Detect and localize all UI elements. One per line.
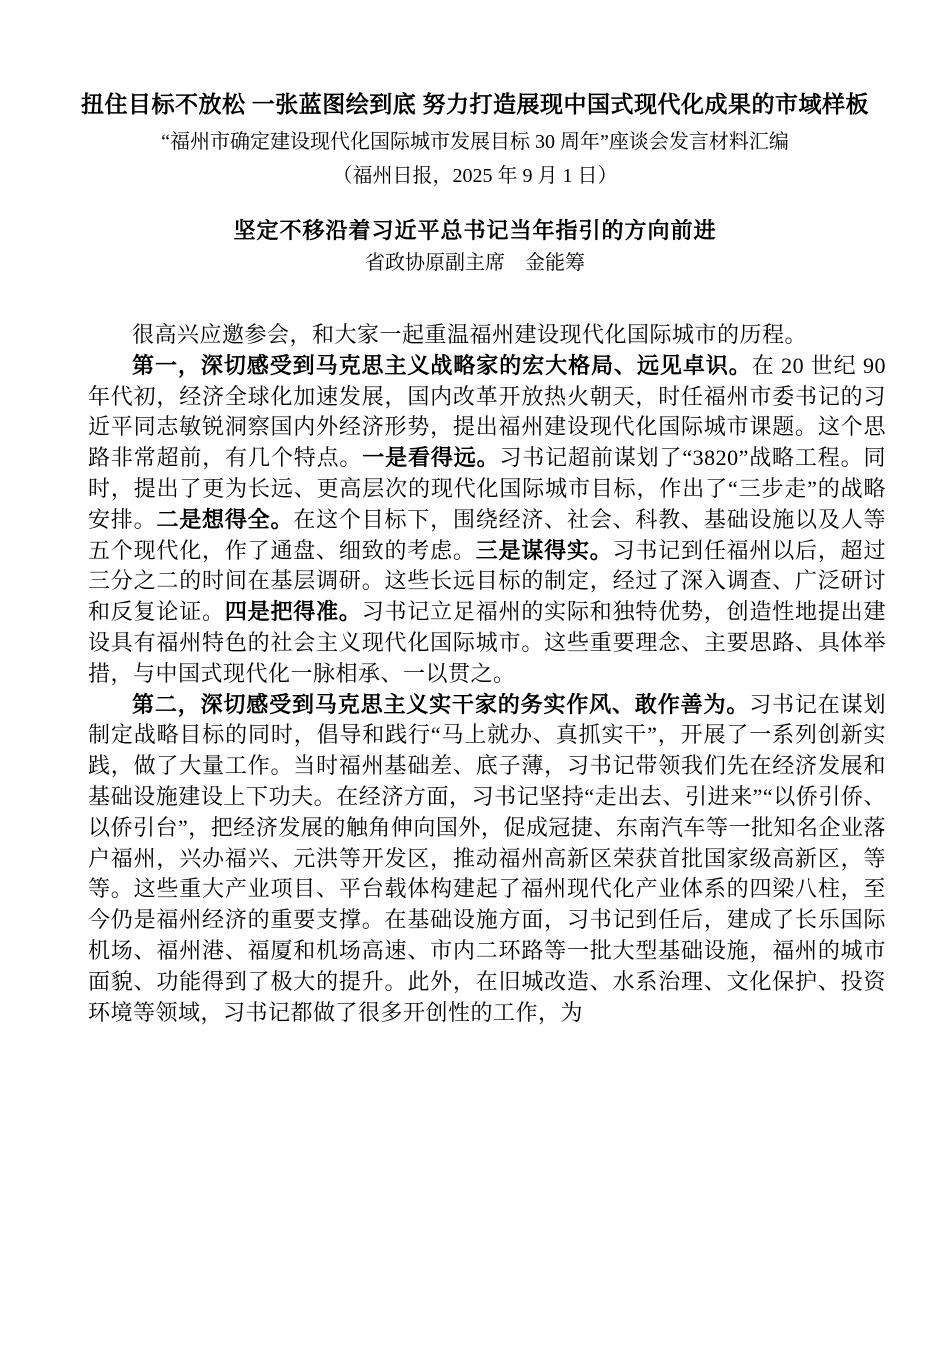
emphasis-run: 二是想得全。 xyxy=(156,507,293,532)
document-header: 扭住目标不放松 一张蓝图绘到底 努力打造展现中国式现代化成果的市域样板 “福州市… xyxy=(0,92,950,188)
article-body: 很高兴应邀参会，和大家一起重温福州建设现代化国际城市的历程。第一，深切感受到马克… xyxy=(0,320,950,1028)
article-title: 坚定不移沿着习近平总书记当年指引的方向前进 xyxy=(0,219,950,243)
document-page: 扭住目标不放松 一张蓝图绘到底 努力打造展现中国式现代化成果的市域样板 “福州市… xyxy=(0,0,950,1345)
document-dateline: （福州日报，2025 年 9 月 1 日） xyxy=(60,165,890,188)
document-title: 扭住目标不放松 一张蓝图绘到底 努力打造展现中国式现代化成果的市域样板 xyxy=(60,92,890,118)
article-author: 省政协原副主席 金能筹 xyxy=(0,252,950,274)
article: 坚定不移沿着习近平总书记当年指引的方向前进 省政协原副主席 金能筹 很高兴应邀参… xyxy=(0,219,950,1028)
paragraph: 第二，深切感受到马克思主义实干家的务实作风、敢作善为。习书记在谋划制定战略目标的… xyxy=(88,690,886,1029)
emphasis-run: 第一，深切感受到马克思主义战略家的宏大格局、远见卓识。 xyxy=(132,353,752,378)
emphasis-run: 第二，深切感受到马克思主义实干家的务实作风、敢作善为。 xyxy=(132,692,749,717)
text-run: 很高兴应邀参会，和大家一起重温福州建设现代化国际城市的历程。 xyxy=(132,322,807,347)
document-subtitle: “福州市确定建设现代化国际城市发展目标 30 周年”座谈会发言材料汇编 xyxy=(60,131,890,154)
emphasis-run: 四是把得准。 xyxy=(225,599,362,624)
emphasis-run: 三是谋得实。 xyxy=(476,538,613,563)
text-run: 习书记在谋划制定战略目标的同时，倡导和践行“马上就办、真抓实干”，开展了一系列创… xyxy=(88,692,886,1025)
paragraph: 第一，深切感受到马克思主义战略家的宏大格局、远见卓识。在 20 世纪 90 年代… xyxy=(88,351,886,690)
paragraph: 很高兴应邀参会，和大家一起重温福州建设现代化国际城市的历程。 xyxy=(88,320,886,351)
emphasis-run: 一是看得远。 xyxy=(362,445,499,470)
